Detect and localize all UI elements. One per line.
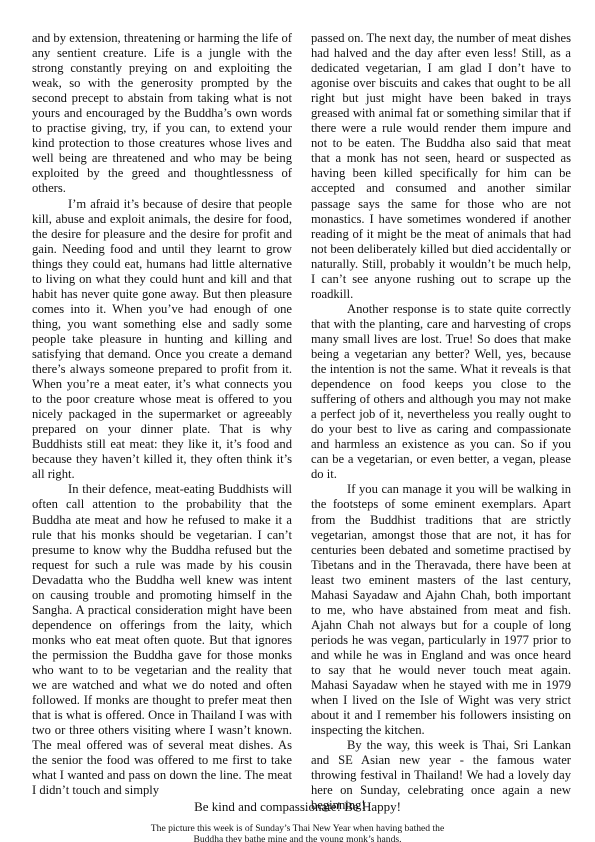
caption-line: The picture this week is of Sunday’s Tha…	[120, 823, 475, 834]
paragraph: In their defence, meat-eating Buddhists …	[32, 482, 292, 798]
document-page: and by extension, threatening or harming…	[0, 0, 595, 842]
picture-caption: The picture this week is of Sunday’s Tha…	[120, 823, 475, 842]
left-column: and by extension, threatening or harming…	[32, 31, 292, 761]
paragraph: and by extension, threatening or harming…	[32, 31, 292, 197]
paragraph: Another response is to state quite corre…	[311, 302, 571, 483]
paragraph: If you can manage it you will be walking…	[311, 482, 571, 738]
article-body: and by extension, threatening or harming…	[32, 31, 571, 761]
caption-line: Buddha they bathe mine and the young mon…	[120, 834, 475, 842]
closing-line: Be kind and compassionate! Be Happy!	[0, 799, 595, 815]
paragraph: I’m afraid it’s because of desire that p…	[32, 197, 292, 483]
right-column: passed on. The next day, the number of m…	[311, 31, 571, 761]
paragraph: passed on. The next day, the number of m…	[311, 31, 571, 302]
